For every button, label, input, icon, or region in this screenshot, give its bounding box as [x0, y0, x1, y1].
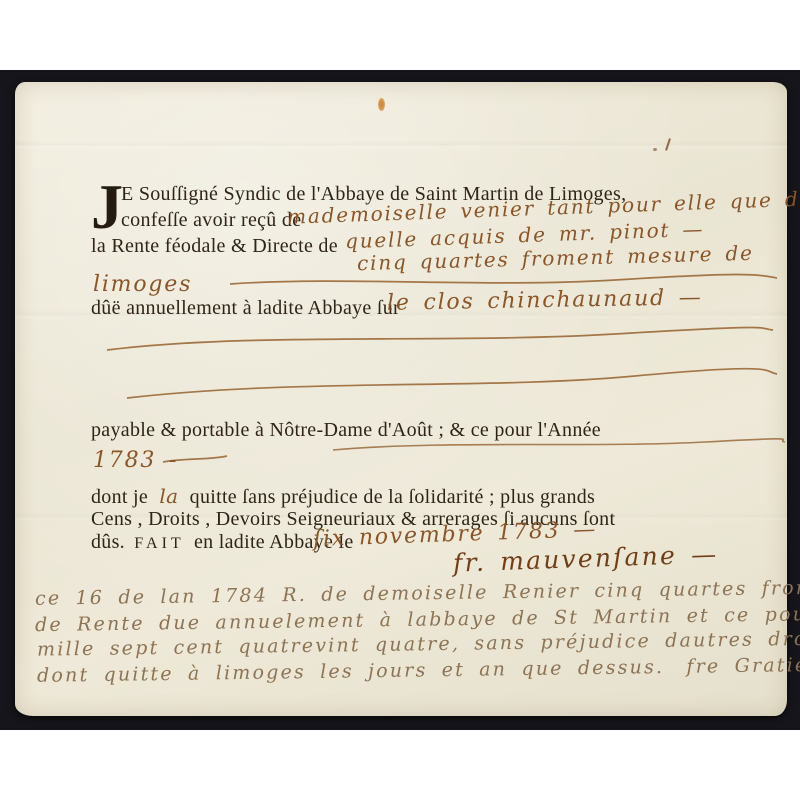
printed-line-due-annuellement: dûë annuellement à ladite Abbaye ſur: [91, 296, 400, 320]
antique-receipt-photo: { "window": { "outer_background": "#ffff…: [0, 0, 800, 800]
printed-line-rente-feodale: la Rente féodale & Directe de: [91, 234, 338, 258]
printed-line-quitte: dont je la quitte ſans préjudice de la ſ…: [91, 484, 595, 509]
ink-speck: [665, 138, 671, 151]
printed-line-confesse: confeſſe avoir reçû de: [121, 208, 301, 232]
photo-dark-mat: J E Souſſigné Syndic de l'Abbaye de Sain…: [0, 70, 800, 730]
handwritten-limoges: limoges: [93, 272, 192, 297]
handwritten-clos: le clos chinchaunaud —: [387, 285, 703, 316]
handwritten-annee-1783: 1783 -: [93, 448, 178, 473]
rust-stain: [378, 98, 385, 111]
ink-speck: [653, 148, 657, 152]
signature-abbe: fre Gratien Estienne: [686, 652, 800, 678]
printed-quitte-after: quitte ſans préjudice de la ſolidarité ;…: [190, 486, 596, 508]
receipt-paper: J E Souſſigné Syndic de l'Abbaye de Sain…: [15, 82, 787, 716]
paper-crease: [15, 140, 787, 150]
printed-quitte-before: dont je: [91, 486, 148, 508]
printed-dropcap-J: J: [91, 180, 123, 234]
printed-line-payable: payable & portable à Nôtre-Dame d'Août ;…: [91, 418, 601, 442]
printed-fait-smallcaps: FAIT: [134, 535, 184, 552]
printed-dus: dûs.: [91, 531, 125, 553]
foot-note-line4-text: dont quitte à limoges les jours et an qu…: [37, 656, 664, 687]
handwritten-la-correction: la: [159, 484, 178, 508]
